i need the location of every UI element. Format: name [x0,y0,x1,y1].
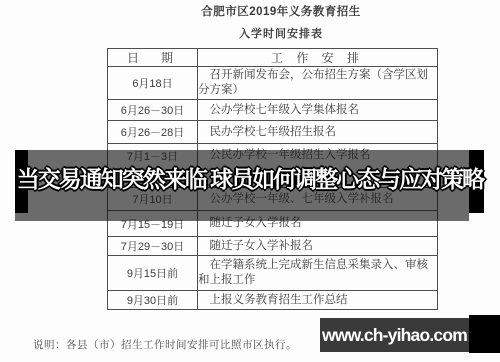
cell-work: 召开新闻发布会，公布招生方案（含学区划分方案） [198,67,438,100]
cell-date: 6月26－30日 [108,100,198,121]
cell-work: 上报义务教育招生工作总结 [198,291,438,310]
watermark: www.ch-yihao.com [320,318,469,352]
cell-date: 7月29－30日 [108,237,198,256]
document-title: 合肥市区2019年义务教育招生 [62,3,500,19]
table-header-row: 日 期 工 作 安 排 [108,49,438,67]
cell-work: 民办学校七年级招生报名 [198,121,438,144]
table-row: 9月15日前 在学籍系统上完成新生信息采集录入、审核和上报工作 [108,256,438,291]
cell-date: 6月26－28日 [108,121,198,144]
watermark-black-block [469,315,500,353]
column-header-work: 工 作 安 排 [198,49,438,67]
table-row: 7月29－30日 随迁子女入学补报名 [108,237,438,256]
page: 合肥市区2019年义务教育招生 入学时间安排表 日 期 工 作 安 排 6月18… [0,0,500,362]
cell-date: 9月30日前 [108,291,198,310]
table-row: 9月30日前 上报义务教育招生工作总结 [108,291,438,310]
table-row: 6月26－30日 公办学校七年级入学集体报名 [108,100,438,121]
cell-work: 在学籍系统上完成新生信息采集录入、审核和上报工作 [198,256,438,291]
table-row: 6月26－28日 民办学校七年级招生报名 [108,121,438,144]
cell-date: 6月18日 [108,67,198,100]
column-header-date: 日 期 [108,49,198,67]
cell-date: 9月15日前 [108,256,198,291]
overlay-headline: 当交易通知突然来临 球员如何调整心态与应对策略 [0,161,500,194]
cell-work: 随迁子女入学补报名 [198,237,438,256]
footnote: 说明：各县（市）招生工作时间安排可比照市区执行。 [33,337,297,352]
cell-work: 公办学校七年级入学集体报名 [198,100,438,121]
document-subtitle: 入学时间安排表 [62,25,500,41]
table-row: 6月18日 召开新闻发布会，公布招生方案（含学区划分方案） [108,67,438,100]
